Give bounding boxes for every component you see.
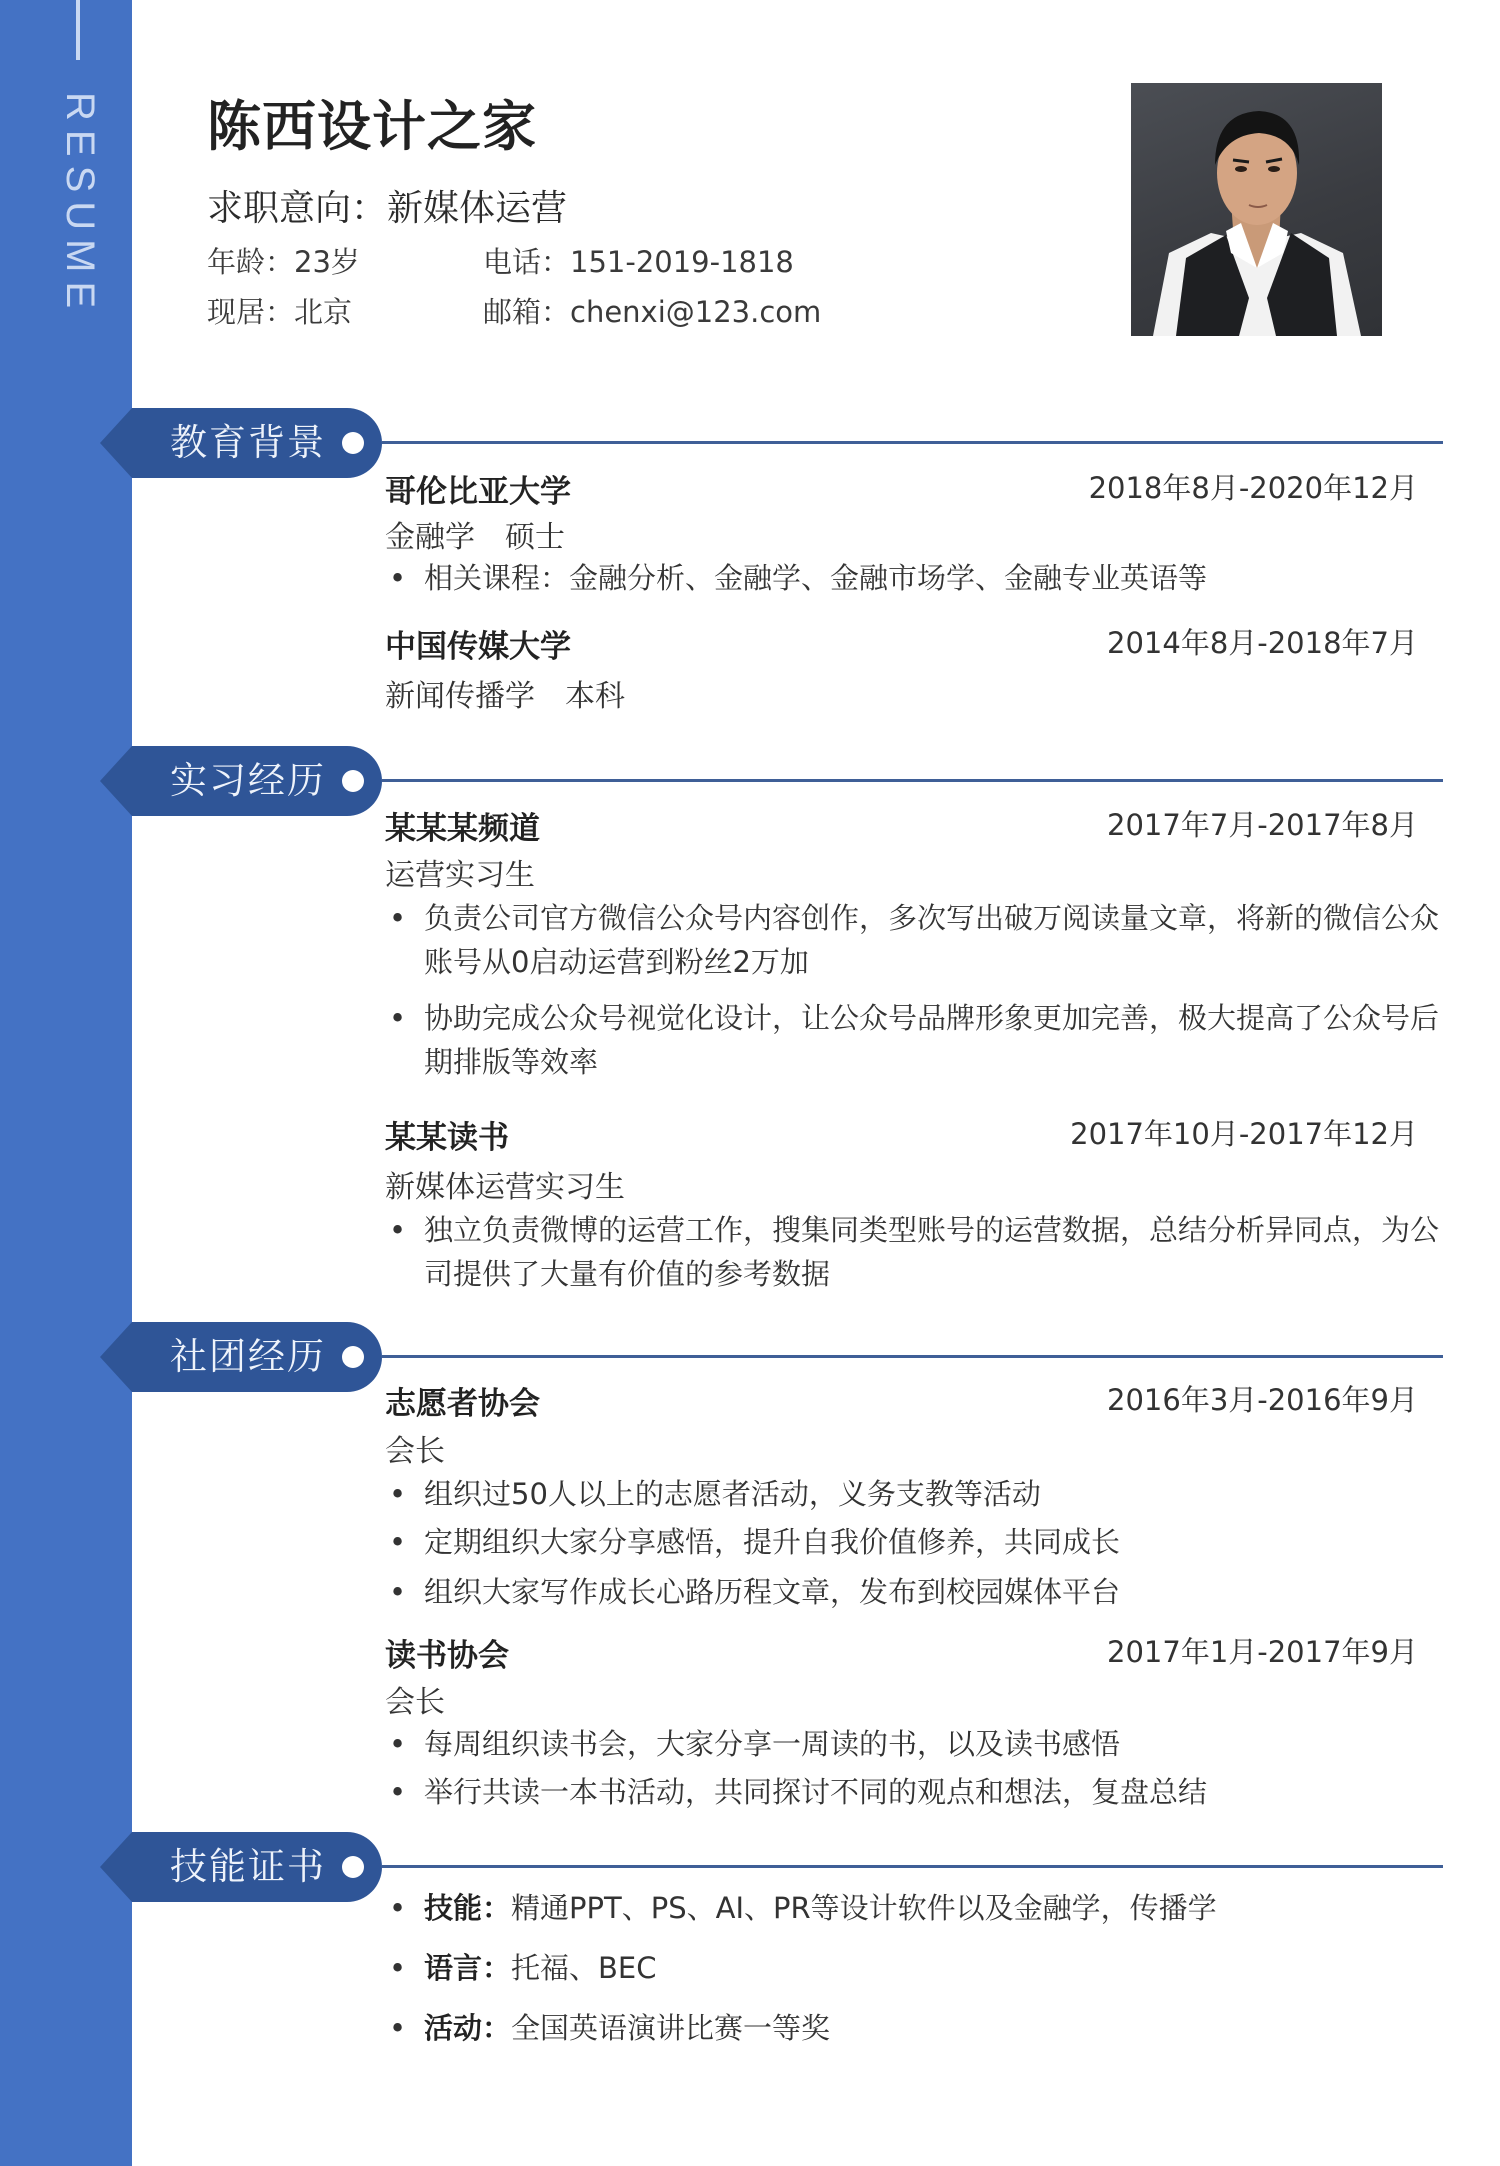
age-info: 年龄：23岁 (207, 240, 360, 281)
list-item: •每周组织读书会，大家分享一周读的书，以及读书感悟 (385, 1722, 1445, 1766)
bullet-icon: • (389, 1946, 406, 1990)
candidate-name: 陈西设计之家 (207, 84, 537, 161)
bullet-icon: • (389, 1208, 406, 1252)
profile-photo (1131, 83, 1382, 336)
job-intent: 求职意向：新媒体运营 (207, 180, 567, 231)
list-item: •相关课程：金融分析、金融学、金融市场学、金融专业英语等 (385, 556, 1445, 600)
skill-value: 精通PPT、PS、AI、PR等设计软件以及金融学，传播学 (511, 1891, 1217, 1925)
bullet-icon: • (389, 1570, 406, 1614)
residence-info: 现居：北京 (207, 290, 352, 331)
person-portrait-icon (1131, 83, 1382, 336)
bullet-icon: • (389, 1722, 406, 1766)
section-title: 社团经历 (170, 1332, 326, 1382)
education-date: 2018年8月-2020年12月 (1089, 466, 1418, 507)
internship-role: 运营实习生 (385, 850, 535, 894)
job-intent-value: 新媒体运营 (387, 188, 567, 229)
skill-label: 技能： (424, 1891, 511, 1925)
job-intent-label: 求职意向： (207, 188, 387, 229)
skill-item: •语言：托福、BEC (385, 1946, 1445, 1990)
skill-value: 托福、BEC (511, 1951, 656, 1985)
club-role: 会长 (385, 1426, 445, 1470)
club-name: 志愿者协会 (385, 1378, 540, 1423)
education-major: 金融学 硕士 (385, 512, 565, 556)
club-name: 读书协会 (385, 1630, 509, 1675)
bullet-icon: • (389, 1886, 406, 1930)
section-divider (382, 441, 1443, 444)
list-item: •协助完成公众号视觉化设计，让公众号品牌形象更加完善，极大提高了公众号后期排版等… (385, 996, 1445, 1084)
skill-item: •活动：全国英语演讲比赛一等奖 (385, 2006, 1445, 2050)
list-item: •独立负责微博的运营工作，搜集同类型账号的运营数据，总结分析异同点，为公司提供了… (385, 1208, 1445, 1296)
bullet-icon: • (389, 1520, 406, 1564)
skill-item: •技能：精通PPT、PS、AI、PR等设计软件以及金融学，传播学 (385, 1886, 1445, 1930)
list-item: •组织过50人以上的志愿者活动，义务支教等活动 (385, 1472, 1445, 1516)
resume-vertical-label: RESUME (60, 92, 100, 328)
bullet-icon: • (389, 1770, 406, 1814)
bullet-icon: • (389, 556, 406, 600)
section-divider (382, 1865, 1443, 1868)
internship-date: 2017年10月-2017年12月 (1070, 1112, 1418, 1153)
education-school: 中国传媒大学 (385, 621, 571, 666)
email-info: 邮箱：chenxi@123.com (483, 290, 821, 331)
badge-circle-icon (342, 1856, 364, 1878)
internship-date: 2017年7月-2017年8月 (1107, 803, 1418, 844)
section-badge: 技能证书 (100, 1832, 382, 1902)
list-item: •定期组织大家分享感悟，提升自我价值修养，共同成长 (385, 1520, 1445, 1564)
badge-circle-icon (342, 1346, 364, 1368)
education-school: 哥伦比亚大学 (385, 466, 571, 511)
badge-circle-icon (342, 432, 364, 454)
section-badge: 社团经历 (100, 1322, 382, 1392)
section-title: 实习经历 (170, 756, 326, 806)
skill-label: 语言： (424, 1951, 511, 1985)
education-major: 新闻传播学 本科 (385, 671, 625, 715)
section-badge: 实习经历 (100, 746, 382, 816)
badge-circle-icon (342, 770, 364, 792)
club-role: 会长 (385, 1677, 445, 1721)
skill-label: 活动： (424, 2011, 511, 2045)
club-date: 2017年1月-2017年9月 (1107, 1630, 1418, 1671)
list-item: •组织大家写作成长心路历程文章，发布到校园媒体平台 (385, 1570, 1445, 1614)
section-badge: 教育背景 (100, 408, 382, 478)
bullet-icon: • (389, 1472, 406, 1516)
internship-company: 某某读书 (385, 1112, 509, 1157)
bullet-icon: • (389, 896, 406, 940)
list-item: •举行共读一本书活动，共同探讨不同的观点和想法，复盘总结 (385, 1770, 1445, 1814)
sidebar-dash-divider (76, 0, 80, 60)
internship-company: 某某某频道 (385, 803, 540, 848)
education-date: 2014年8月-2018年7月 (1107, 621, 1418, 662)
list-item: •负责公司官方微信公众号内容创作，多次写出破万阅读量文章，将新的微信公众账号从0… (385, 896, 1445, 984)
section-title: 技能证书 (170, 1842, 326, 1892)
bullet-icon: • (389, 2006, 406, 2050)
section-title: 教育背景 (170, 418, 326, 468)
bullet-icon: • (389, 996, 406, 1040)
club-date: 2016年3月-2016年9月 (1107, 1378, 1418, 1419)
internship-role: 新媒体运营实习生 (385, 1162, 625, 1206)
phone-info: 电话：151-2019-1818 (483, 240, 794, 281)
section-divider (382, 1355, 1443, 1358)
skill-value: 全国英语演讲比赛一等奖 (511, 2011, 830, 2045)
section-divider (382, 779, 1443, 782)
